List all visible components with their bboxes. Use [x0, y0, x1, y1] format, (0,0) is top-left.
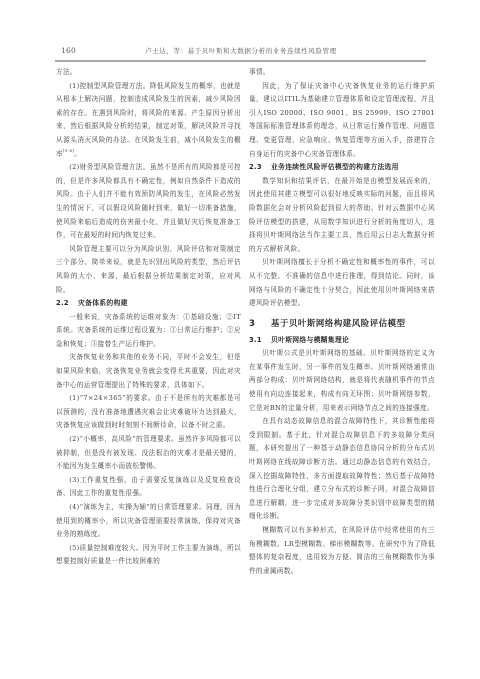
paragraph: (2)“小概率，高风险”的管理要求。虽然许多风险都可以被抑制，但是没有被发现、没…: [56, 433, 241, 474]
paragraph: 在具有动态故障信息的混合故障特性下，其诊断性能将受到限制。基于此，针对混合故障信…: [249, 415, 435, 524]
paragraph: (5)质量控制难度较大。因为平时工作主要为演练，所以想要控制好质量是一件比较困难…: [56, 542, 241, 569]
paragraph: 方法。: [56, 66, 241, 80]
paragraph: (1)控制型风险管理方法。降低风险发生的概率，也就是从根本上解决问题，控制造成风…: [56, 80, 241, 162]
left-column: 方法。 (1)控制型风险管理方法。降低风险发生的概率，也就是从根本上解决问题，控…: [56, 66, 241, 569]
paragraph: (2)财务型风险管理方法。虽然不是所有的风险都是可控的，但是许多风险都具有不确定…: [56, 161, 241, 243]
paragraph: 风险管理主要可以分为风险识别、风险评估和对策制定三个部分。简单来说，就是先识别出…: [56, 243, 241, 297]
paragraph: 模糊数可以有多种形式，在风险评估中经常使用的有三角模糊数、LR型模糊数、梯形模糊…: [249, 524, 435, 578]
header-rule: [55, 60, 426, 62]
section-title: 灾备体系的构建: [78, 299, 128, 307]
paragraph: 一般来说，灾备系统的运维对象为：①基础设施；②IT系统。灾备系统的运维过程设置为…: [56, 311, 241, 352]
page-header: 160 卢士达，等：基于贝叶斯和大数据分析的业务连续性风险管理: [55, 46, 426, 60]
section-number: 3.1: [249, 334, 271, 348]
section-title: 业务连续性风险评估模型的构建方法选用: [271, 163, 399, 171]
section-number: 2.2: [56, 297, 78, 311]
section-title: 贝叶斯网络与模糊集理论: [271, 336, 349, 344]
running-title: 卢士达，等：基于贝叶斯和大数据分析的业务连续性风险管理: [145, 46, 337, 55]
section-heading-3-1: 3.1贝叶斯网络与模糊集理论: [249, 334, 435, 348]
paragraph: (4)“演练为主，实操为辅”的日常管理要求。同理，因为使用到的概率小，所以灾备管…: [56, 501, 241, 542]
section-title: 基于贝叶斯网络构建风险评估模型: [271, 318, 406, 328]
paragraph: 因此，为了保证灾备中心灾备恢复业务的运行维护质量，建议以ITIL为基础建立管理体…: [249, 80, 435, 162]
section-heading-3: 3基于贝叶斯网络构建风险评估模型: [249, 316, 435, 330]
page-number: 160: [61, 46, 76, 55]
paragraph: 贝叶斯网络擅长于分析不确定性和概率性的事件，可以从不完整、不准确的信息中进行推理…: [249, 256, 435, 310]
section-number: 2.3: [249, 161, 271, 175]
paragraph-tail: 。: [74, 150, 81, 158]
paragraph: 贝叶斯公式是贝叶斯网络的基础。贝叶斯网络的定义为在某事件发生时，另一事件的发生概…: [249, 347, 435, 415]
section-heading-2-2: 2.2灾备体系的构建: [56, 297, 241, 311]
paragraph: 事情。: [249, 66, 435, 80]
paragraph: 数学知识和结果评估，在最开始是由模型发展而来的，因此使用其建立模型可以很好地反映…: [249, 175, 435, 257]
right-column: 事情。 因此，为了保证灾备中心灾备恢复业务的运行维护质量，建议以ITIL为基础建…: [249, 66, 435, 578]
paragraph-text: (1)控制型风险管理方法。降低风险发生的概率，也就是从根本上解决问题，控制造成风…: [56, 82, 241, 158]
paragraph: (3)工作重复性强。由于需要反复演练以及反复检查设备，因此工作的重复性很强。: [56, 474, 241, 501]
paragraph: (1)“7×24×365”的要求。由于不是所有的灾难都是可以预测的，没有准备地遭…: [56, 392, 241, 433]
citation: [5-6]: [63, 148, 74, 153]
section-number: 3: [249, 316, 271, 330]
paragraph: 灾备恢复业务和其他的业务不同，平时不会发生，但是如果风险来临，灾备恢复业务就会变…: [56, 351, 241, 392]
section-heading-2-3: 2.3业务连续性风险评估模型的构建方法选用: [249, 161, 435, 175]
